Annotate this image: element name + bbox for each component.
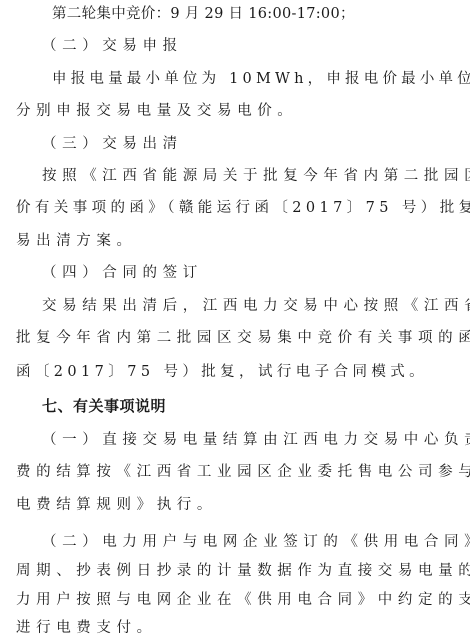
- section-heading-contract-signing: （四）合同的签订: [42, 263, 203, 283]
- paragraph-text: 申报电量最小单位为 10MWh，申报电价最小单位为 0.01 元/MWh，: [52, 69, 470, 89]
- paragraph-text: （一）直接交易电量结算由江西电力交易中心负责，直接交易电: [42, 430, 470, 450]
- paragraph-text: 费的结算按《江西省工业园区企业委托售电公司参与直接交易电量: [16, 462, 470, 482]
- paragraph-text: 力用户按照与电网企业在《供用电合同》中约定的支付方式和时序: [16, 590, 470, 610]
- paragraph-text: 分别申报交易电量及交易电价。: [16, 101, 297, 121]
- section-heading-related-matters: 七、有关事项说明: [42, 396, 166, 416]
- section-heading-trade-declaration: （二）交易申报: [42, 36, 183, 56]
- paragraph-text: 周期、抄表例日抄录的计量数据作为直接交易电量的结算依据。电: [16, 561, 470, 581]
- bidding-schedule-second-round: 第二轮集中竞价：9 月 29 日 16:00-17:00；: [52, 4, 355, 24]
- section-heading-trade-clearing: （三）交易出清: [42, 134, 183, 154]
- paragraph-text: 函〔2017〕75 号）批复，试行电子合同模式。: [16, 362, 428, 382]
- paragraph-text: 价有关事项的函》（赣能运行函〔2017〕75 号）批复的集中竞价交: [16, 198, 470, 218]
- paragraph-text: 易出清方案。: [16, 231, 137, 251]
- paragraph-text: 批复今年省内第二批园区交易集中竞价有关事项的函》（赣能运行: [16, 328, 470, 348]
- paragraph-text: 交易结果出清后，江西电力交易中心按照《江西省能源局关于: [42, 296, 470, 316]
- paragraph-text: （二）电力用户与电网企业签订的《供用电合同》中约定的抄表: [42, 532, 470, 552]
- paragraph-text: 电费结算规则》执行。: [16, 495, 217, 515]
- paragraph-text: 按照《江西省能源局关于批复今年省内第二批园区交易集中竞: [42, 166, 470, 186]
- paragraph-text: 进行电费支付。: [16, 618, 157, 638]
